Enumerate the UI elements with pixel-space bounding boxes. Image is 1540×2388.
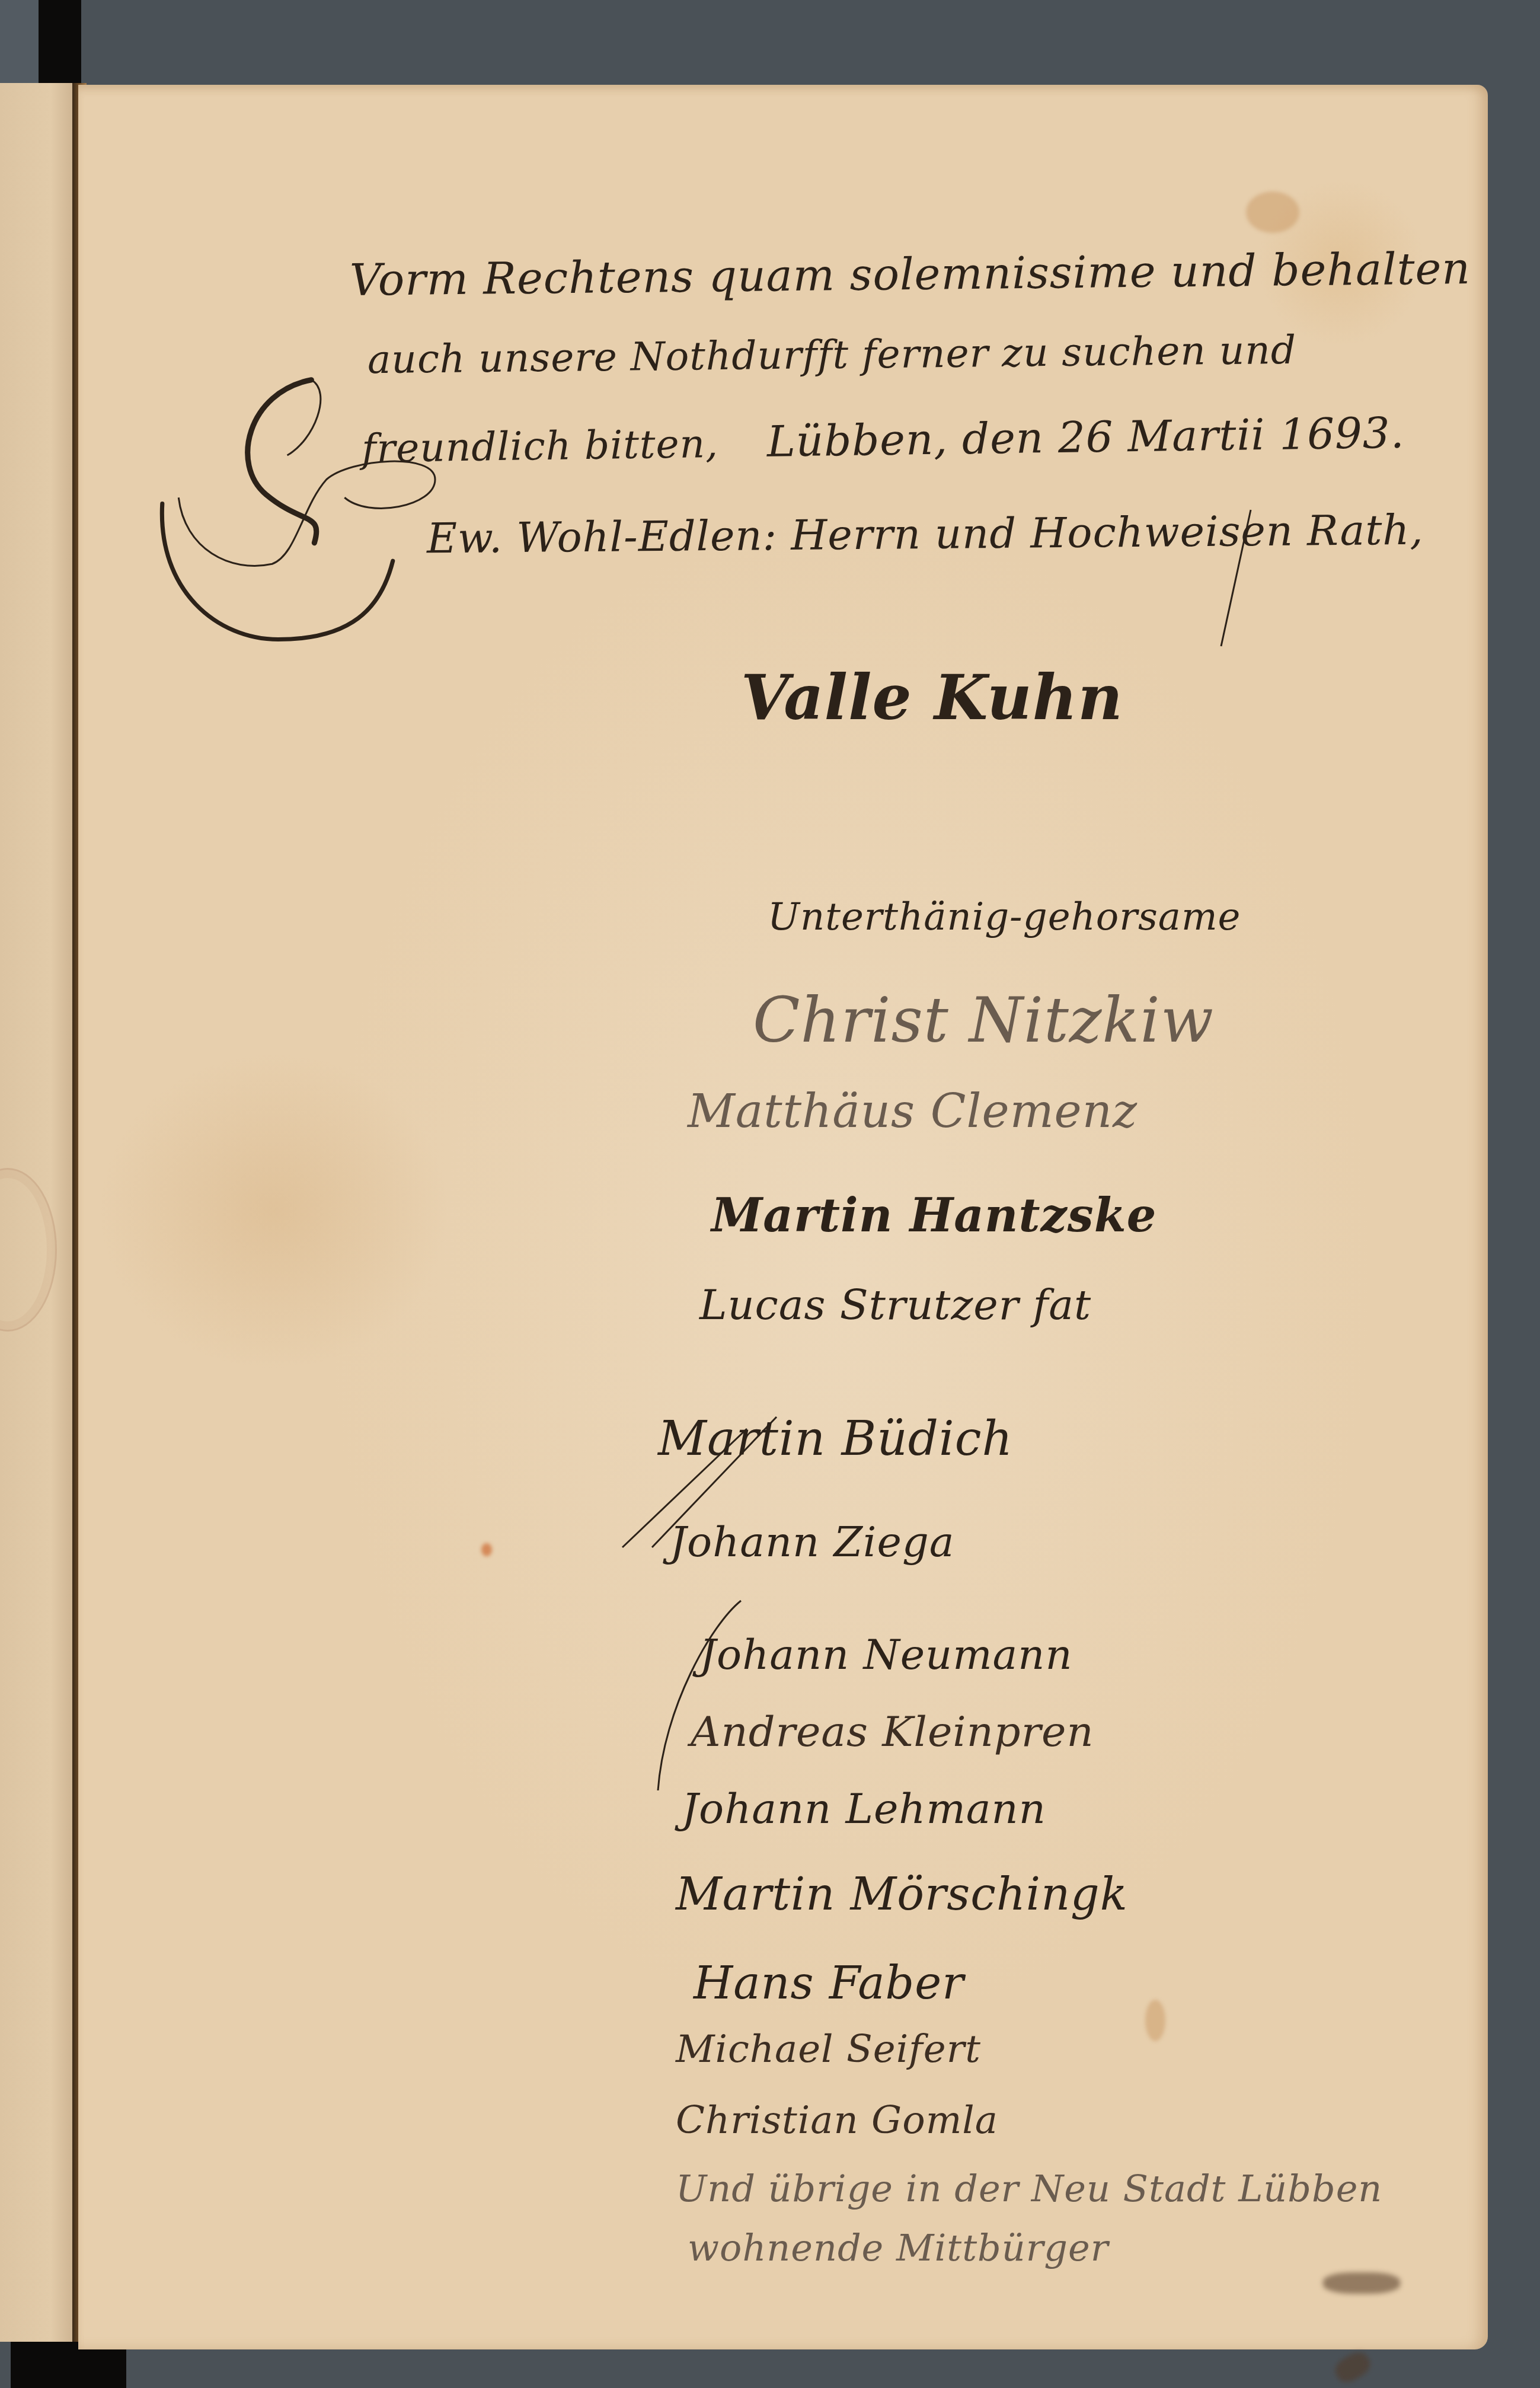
signature: Lucas Strutzer fat: [699, 1281, 1091, 1329]
closing-line-2: wohnende Mittbürger: [688, 2226, 1108, 2269]
signature-flourish-icon: [611, 1352, 788, 1553]
flourish-initial-icon: [148, 356, 456, 688]
paper-stain: [481, 1543, 492, 1556]
pen-stroke-icon: [1209, 504, 1257, 652]
signature: Hans Faber: [694, 1956, 964, 2009]
backdrop-shadow: [39, 0, 81, 83]
ink-smudge: [1323, 2272, 1400, 2294]
closing-line-1: Und übrige in der Neu Stadt Lübben: [676, 2167, 1382, 2210]
signature-flourish-icon: [640, 1589, 759, 1802]
address-line: Ew. Wohl-Edlen: Herrn und Hochweisen Rat…: [427, 506, 1424, 563]
ink-smudge: [1331, 2348, 1374, 2387]
subscription-text: Unterthänig-gehorsame: [768, 895, 1241, 939]
facing-page: [0, 83, 72, 2342]
body-line-2: auch unsere Nothdurfft ferner zu suchen …: [368, 327, 1297, 382]
signature: Christian Gomla: [676, 2099, 998, 2143]
signature: Martin Mörschingk: [676, 1867, 1128, 1920]
body-line-3-text: freundlich bitten,: [362, 421, 719, 471]
paper-stain: [1145, 2000, 1165, 2041]
signature: Martin Hantzske: [711, 1189, 1156, 1243]
seal-impression-icon: [0, 1168, 57, 1332]
signature: Michael Seifert: [676, 2028, 981, 2071]
signature: Matthäus Clemenz: [688, 1085, 1138, 1138]
closing-name: Valle Kuhn: [741, 661, 1123, 734]
date-place: Lübben, den 26 Martii 1693.: [766, 408, 1405, 467]
paper-stain: [1246, 191, 1299, 233]
signature: Christ Nitzkiw: [753, 984, 1214, 1056]
backdrop-edge: [0, 0, 39, 83]
